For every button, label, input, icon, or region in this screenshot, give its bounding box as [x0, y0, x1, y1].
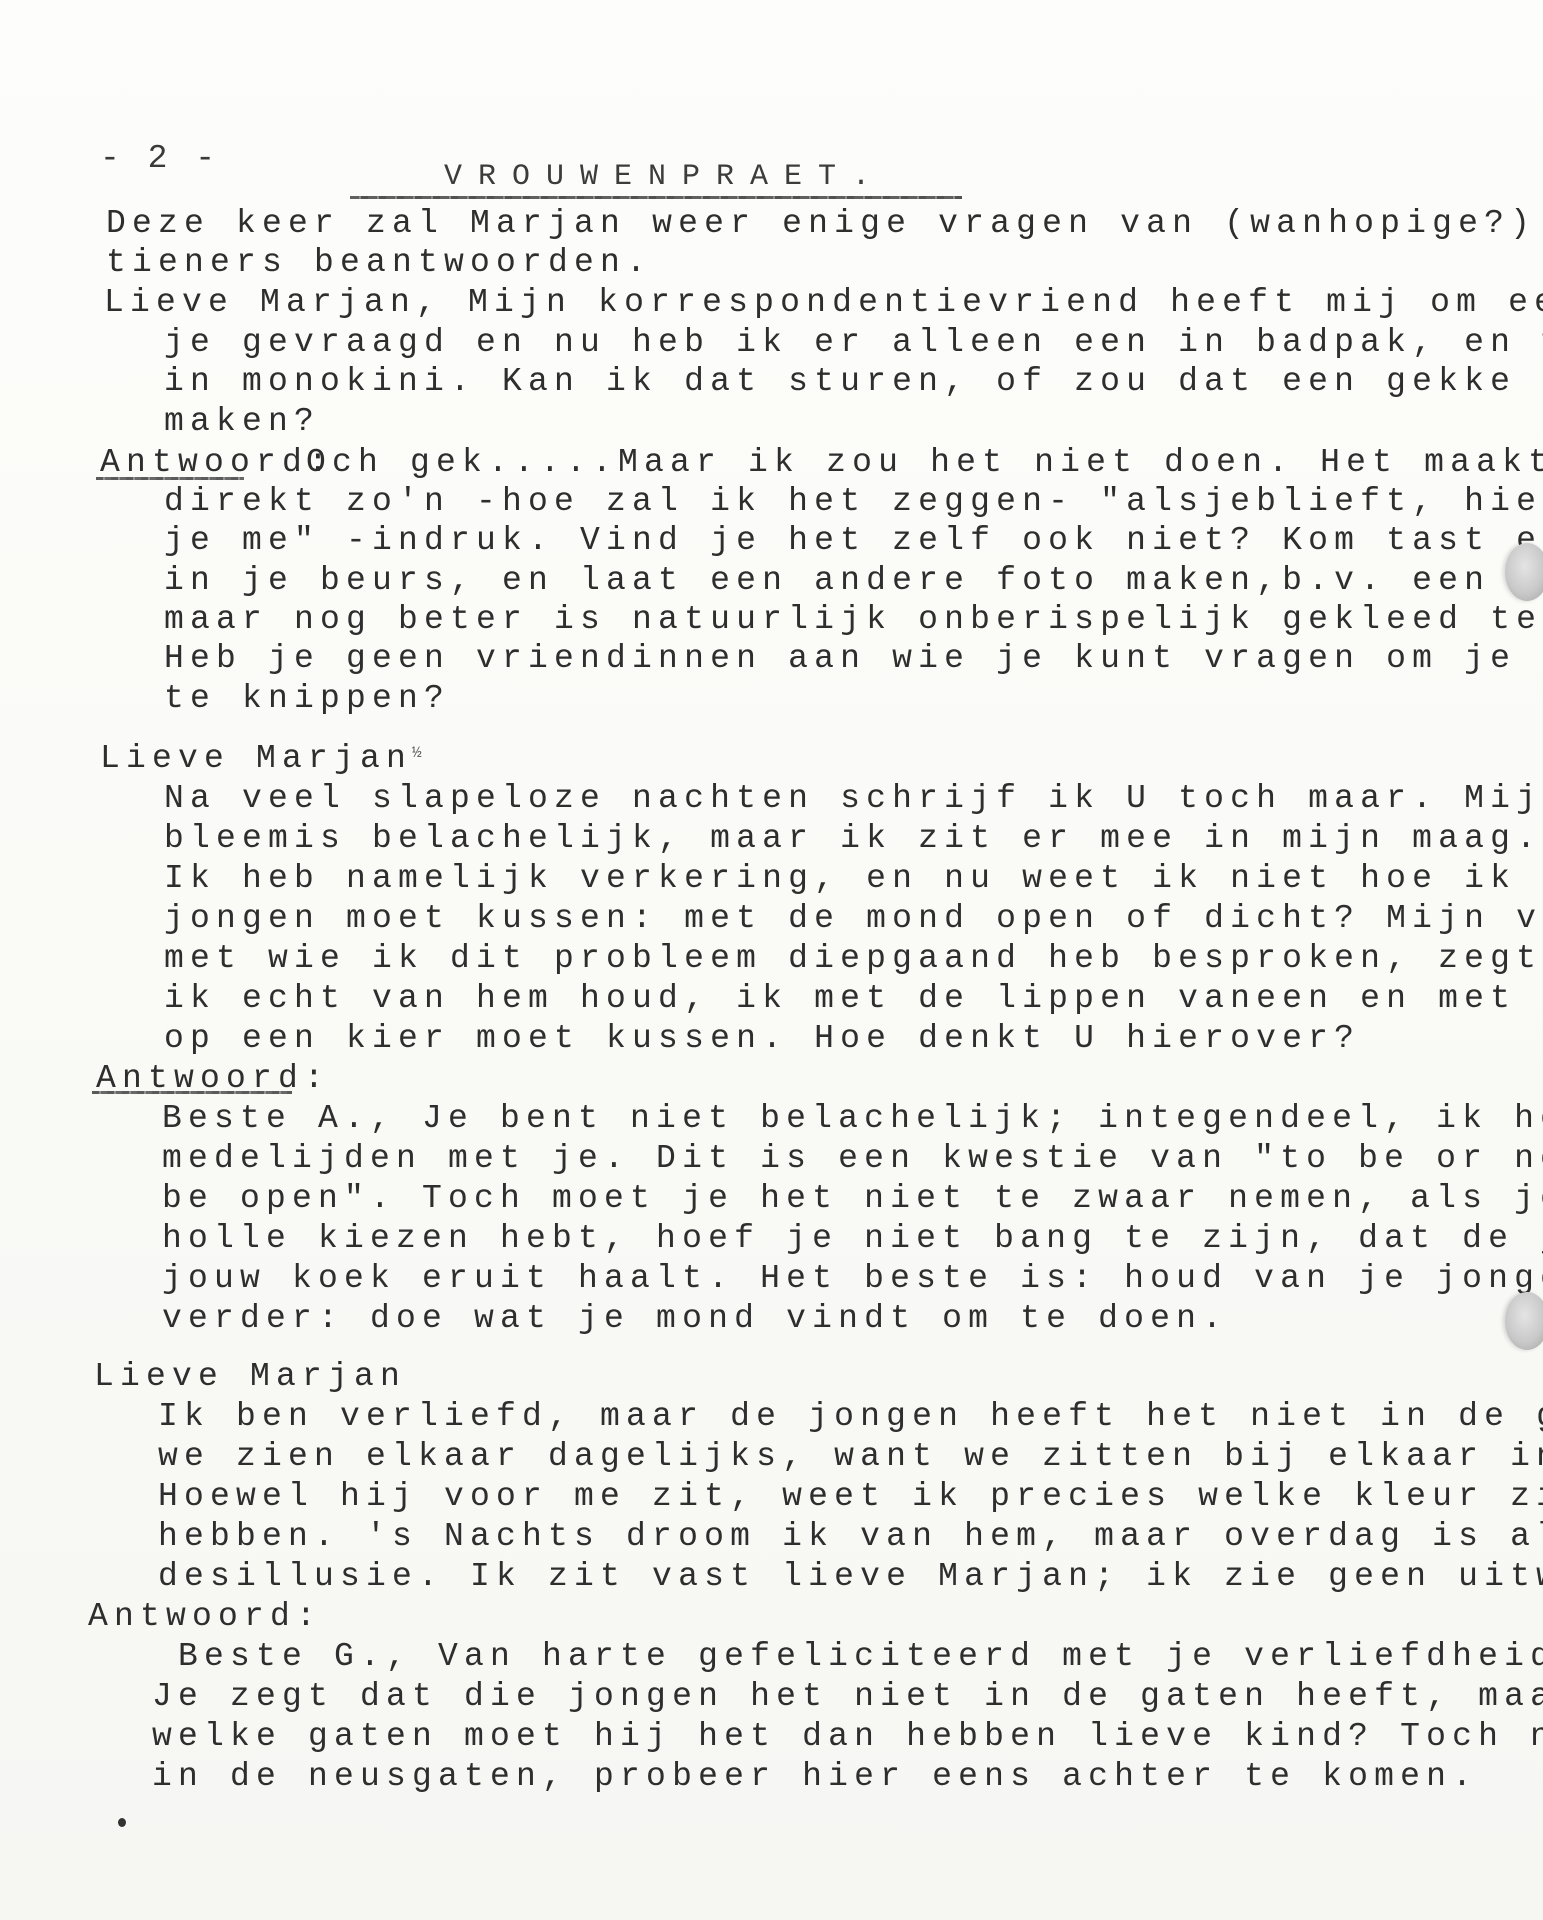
letter-2-question-line: met wie ik dit probleem diepgaand heb be… [164, 942, 1543, 975]
fraction-mark: ½ [412, 744, 422, 762]
letter-1-question-line: in monokini. Kan ik dat sturen, of zou d… [164, 365, 1543, 398]
punch-hole-icon [1505, 1292, 1543, 1350]
letter-3-answer-line: Je zegt dat die jongen het niet in de ga… [152, 1680, 1543, 1713]
letter-1-answer-line: te knippen? [164, 682, 450, 715]
intro-line: tieners beantwoorden. [106, 246, 652, 279]
letter-3-question-line: Ik ben verliefd, maar de jongen heeft he… [158, 1400, 1543, 1433]
letter-2-answer-line: medelijden met je. Dit is een kwestie va… [162, 1142, 1543, 1175]
letter-2-answer-line: be open". Toch moet je het niet te zwaar… [162, 1182, 1543, 1215]
intro-line: Deze keer zal Marjan weer enige vragen v… [106, 207, 1536, 240]
letter-1-answer-line: direkt zo'n -hoe zal ik het zeggen- "als… [164, 485, 1543, 518]
letter-2-question-line: Ik heb namelijk verkering, en nu weet ik… [164, 862, 1543, 895]
letter-1-answer-line: Och gek.....Maar ik zou het niet doen. H… [280, 446, 1543, 479]
punch-hole-icon [1505, 543, 1543, 601]
answer-label-underline [96, 477, 244, 480]
letter-1-question-line: maken? [164, 405, 320, 438]
letter-3-answer-line: Beste G., Van harte gefeliciteerd met je… [152, 1640, 1543, 1673]
ink-dot [118, 1818, 126, 1827]
letter-3-question-line: we zien elkaar dagelijks, want we zitten… [158, 1440, 1543, 1473]
letter-2-answer-line: Beste A., Je bent niet belachelijk; inte… [162, 1102, 1543, 1135]
letter-2-question-line: ik echt van hem houd, ik met de lippen v… [164, 982, 1543, 1015]
letter-3-question-line: hebben. 's Nachts droom ik van hem, maar… [158, 1520, 1543, 1553]
letter-3-question-line: desillusie. Ik zit vast lieve Marjan; ik… [158, 1560, 1543, 1593]
letter-2-question-line: op een kier moet kussen. Hoe denkt U hie… [164, 1022, 1360, 1055]
letter-3-answer-label: Antwoord: [88, 1600, 322, 1633]
letter-1-answer-line: Heb je geen vriendinnen aan wie je kunt … [164, 642, 1543, 675]
letter-1-question-line: je gevraagd en nu heb ik er alleen een i… [164, 326, 1543, 359]
letter-1-answer-line: in je beurs, en laat een andere foto mak… [164, 564, 1543, 597]
letter-1-answer-line: maar nog beter is natuurlijk onberispeli… [164, 603, 1543, 636]
answer-label-underline [92, 1091, 292, 1094]
letter-2-question-line: bleemis belachelijk, maar ik zit er mee … [164, 822, 1542, 855]
letter-1-question-line: Lieve Marjan, Mijn korrespondentievriend… [104, 286, 1543, 319]
typewritten-page: - 2 - VROUWENPRAET. Deze keer zal Marjan… [0, 0, 1543, 1920]
letter-2-answer-line: verder: doe wat je mond vindt om te doen… [162, 1302, 1228, 1335]
letter-2-question-line: Na veel slapeloze nachten schrijf ik U t… [164, 782, 1543, 815]
letter-2-answer-line: jouw koek eruit haalt. Het beste is: hou… [162, 1262, 1543, 1295]
letter-3-answer-line: welke gaten moet hij het dan hebben liev… [152, 1720, 1543, 1753]
letter-1-answer-line: je me" -indruk. Vind je het zelf ook nie… [164, 524, 1543, 557]
letter-2-salutation: Lieve Marjan½ [100, 742, 422, 775]
letter-3-answer-line: in de neusgaten, probeer hier eens achte… [152, 1760, 1478, 1793]
title-underline [350, 196, 962, 199]
salutation-text: Lieve Marjan [100, 740, 412, 777]
letter-3-salutation: Lieve Marjan [94, 1360, 406, 1393]
page-number: - 2 - [100, 142, 219, 175]
letter-2-answer-line: holle kiezen hebt, hoef je niet bang te … [162, 1222, 1543, 1255]
page-title: VROUWENPRAET. [444, 162, 886, 192]
letter-3-question-line: Hoewel hij voor me zit, weet ik precies … [158, 1480, 1543, 1513]
letter-2-question-line: jongen moet kussen: met de mond open of … [164, 902, 1543, 935]
